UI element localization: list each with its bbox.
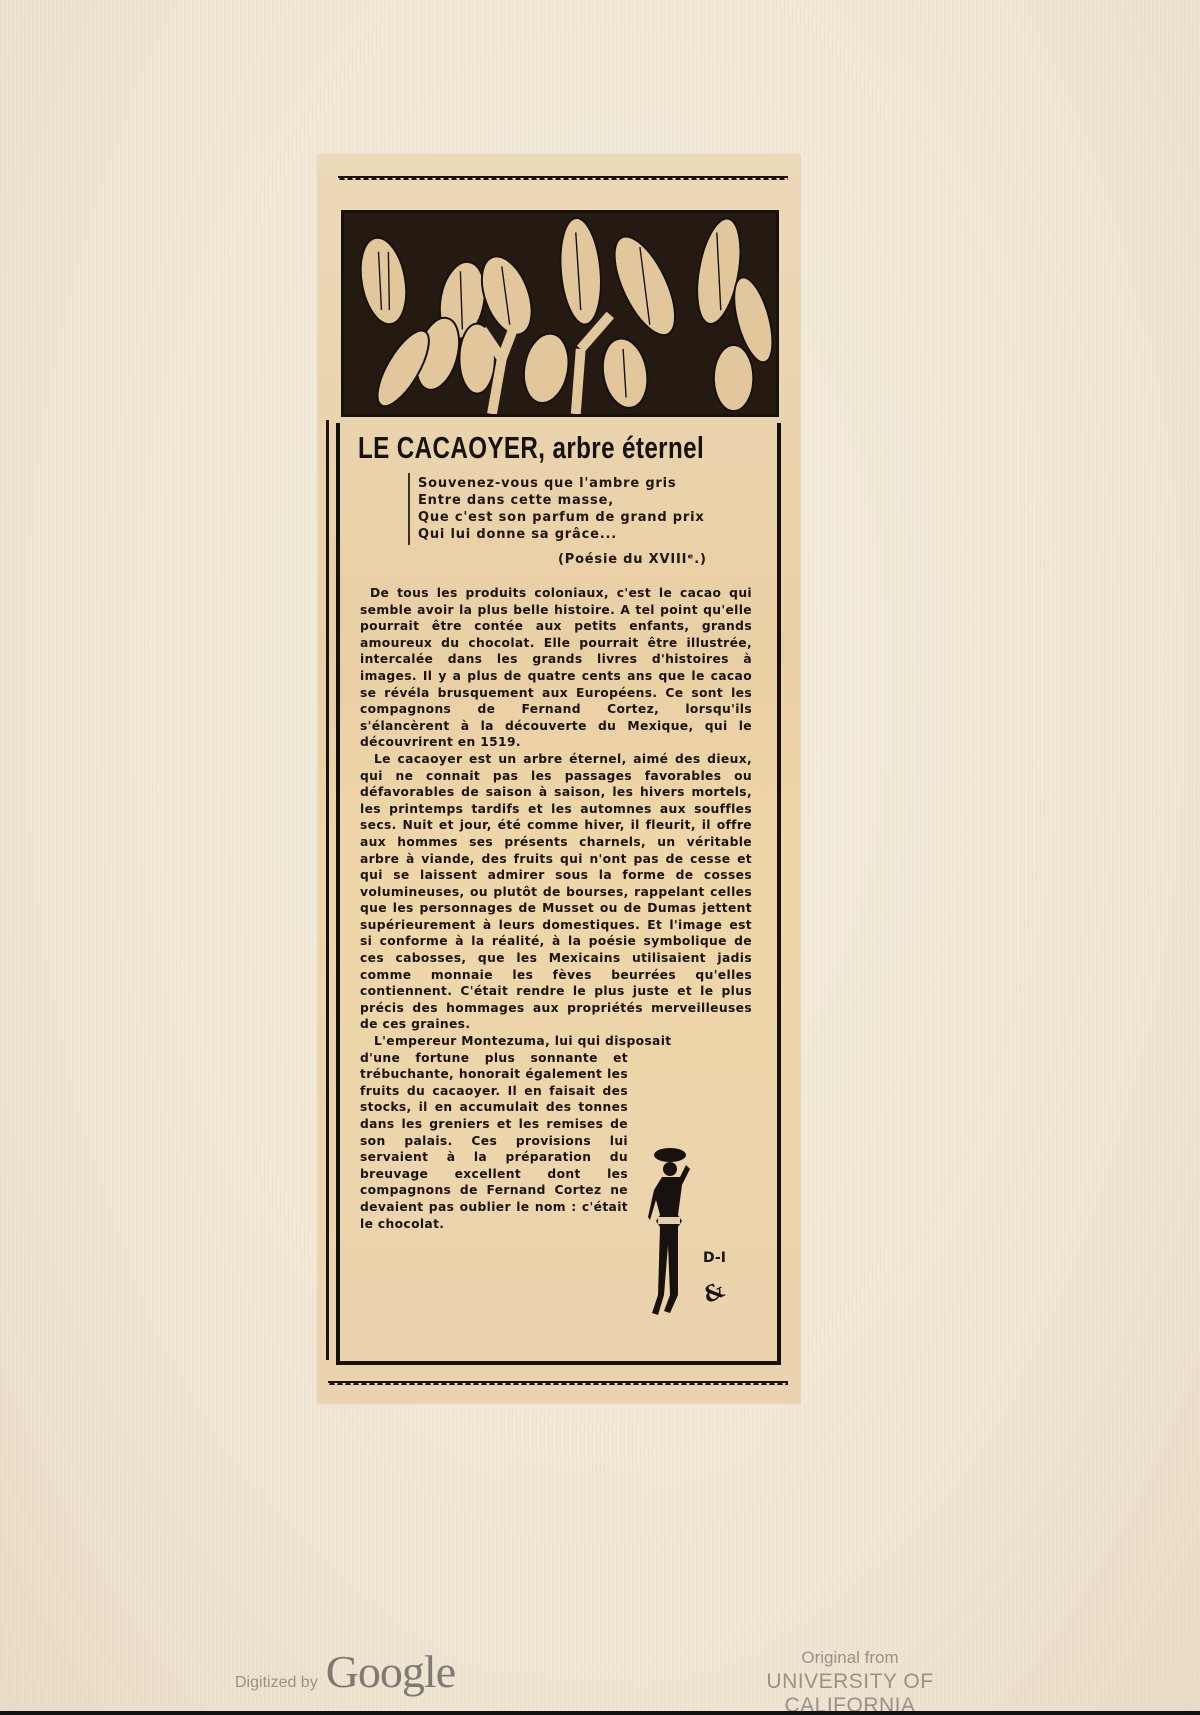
poem-bracket: [408, 473, 410, 545]
article-title: LE CACAOYER, arbre éternel: [358, 430, 686, 466]
illustrator-signature: D-I: [703, 1250, 726, 1266]
epigraph-poem: Souvenez-vous que l'ambre gris Entre dan…: [418, 475, 758, 543]
institution-name: UNIVERSITY OF CALIFORNIA: [700, 1670, 1000, 1715]
original-source-credit: Original from UNIVERSITY OF CALIFORNIA: [700, 1648, 1000, 1715]
newspaper-clipping: LE CACAOYER, arbre éternel Souvenez-vous…: [318, 155, 800, 1403]
paragraph: d'une fortune plus sonnante et trébuchan…: [360, 1050, 628, 1233]
google-logo-icon: Google: [326, 1645, 455, 1698]
digitized-by-label: Digitized by: [235, 1674, 318, 1692]
top-zigzag-border: [338, 172, 788, 180]
bottom-zigzag-border: [328, 1377, 788, 1385]
poem-line: Souvenez-vous que l'ambre gris: [418, 475, 758, 492]
paragraph: De tous les produits coloniaux, c'est le…: [360, 585, 752, 751]
paragraph: Le cacaoyer est un arbre éternel, aimé d…: [360, 751, 752, 1033]
page-bottom-edge: [0, 1711, 1200, 1715]
article-body: De tous les produits coloniaux, c'est le…: [360, 585, 752, 1232]
left-column-rule: [326, 420, 329, 1360]
poem-line: Qui lui donne sa grâce...: [418, 526, 758, 543]
poem-line: Entre dans cette masse,: [418, 492, 758, 509]
paragraph: L'empereur Montezuma, lui qui disposait: [360, 1033, 752, 1050]
poem-source: (Poésie du XVIIIᵉ.): [558, 552, 707, 567]
poem-line: Que c'est son parfum de grand prix: [418, 509, 758, 526]
cacao-pods-illustration-icon: [341, 210, 779, 417]
digitized-by-credit: Digitized by Google: [235, 1645, 455, 1698]
original-from-label: Original from: [700, 1648, 1000, 1668]
carrier-figure-icon: [648, 1145, 708, 1325]
